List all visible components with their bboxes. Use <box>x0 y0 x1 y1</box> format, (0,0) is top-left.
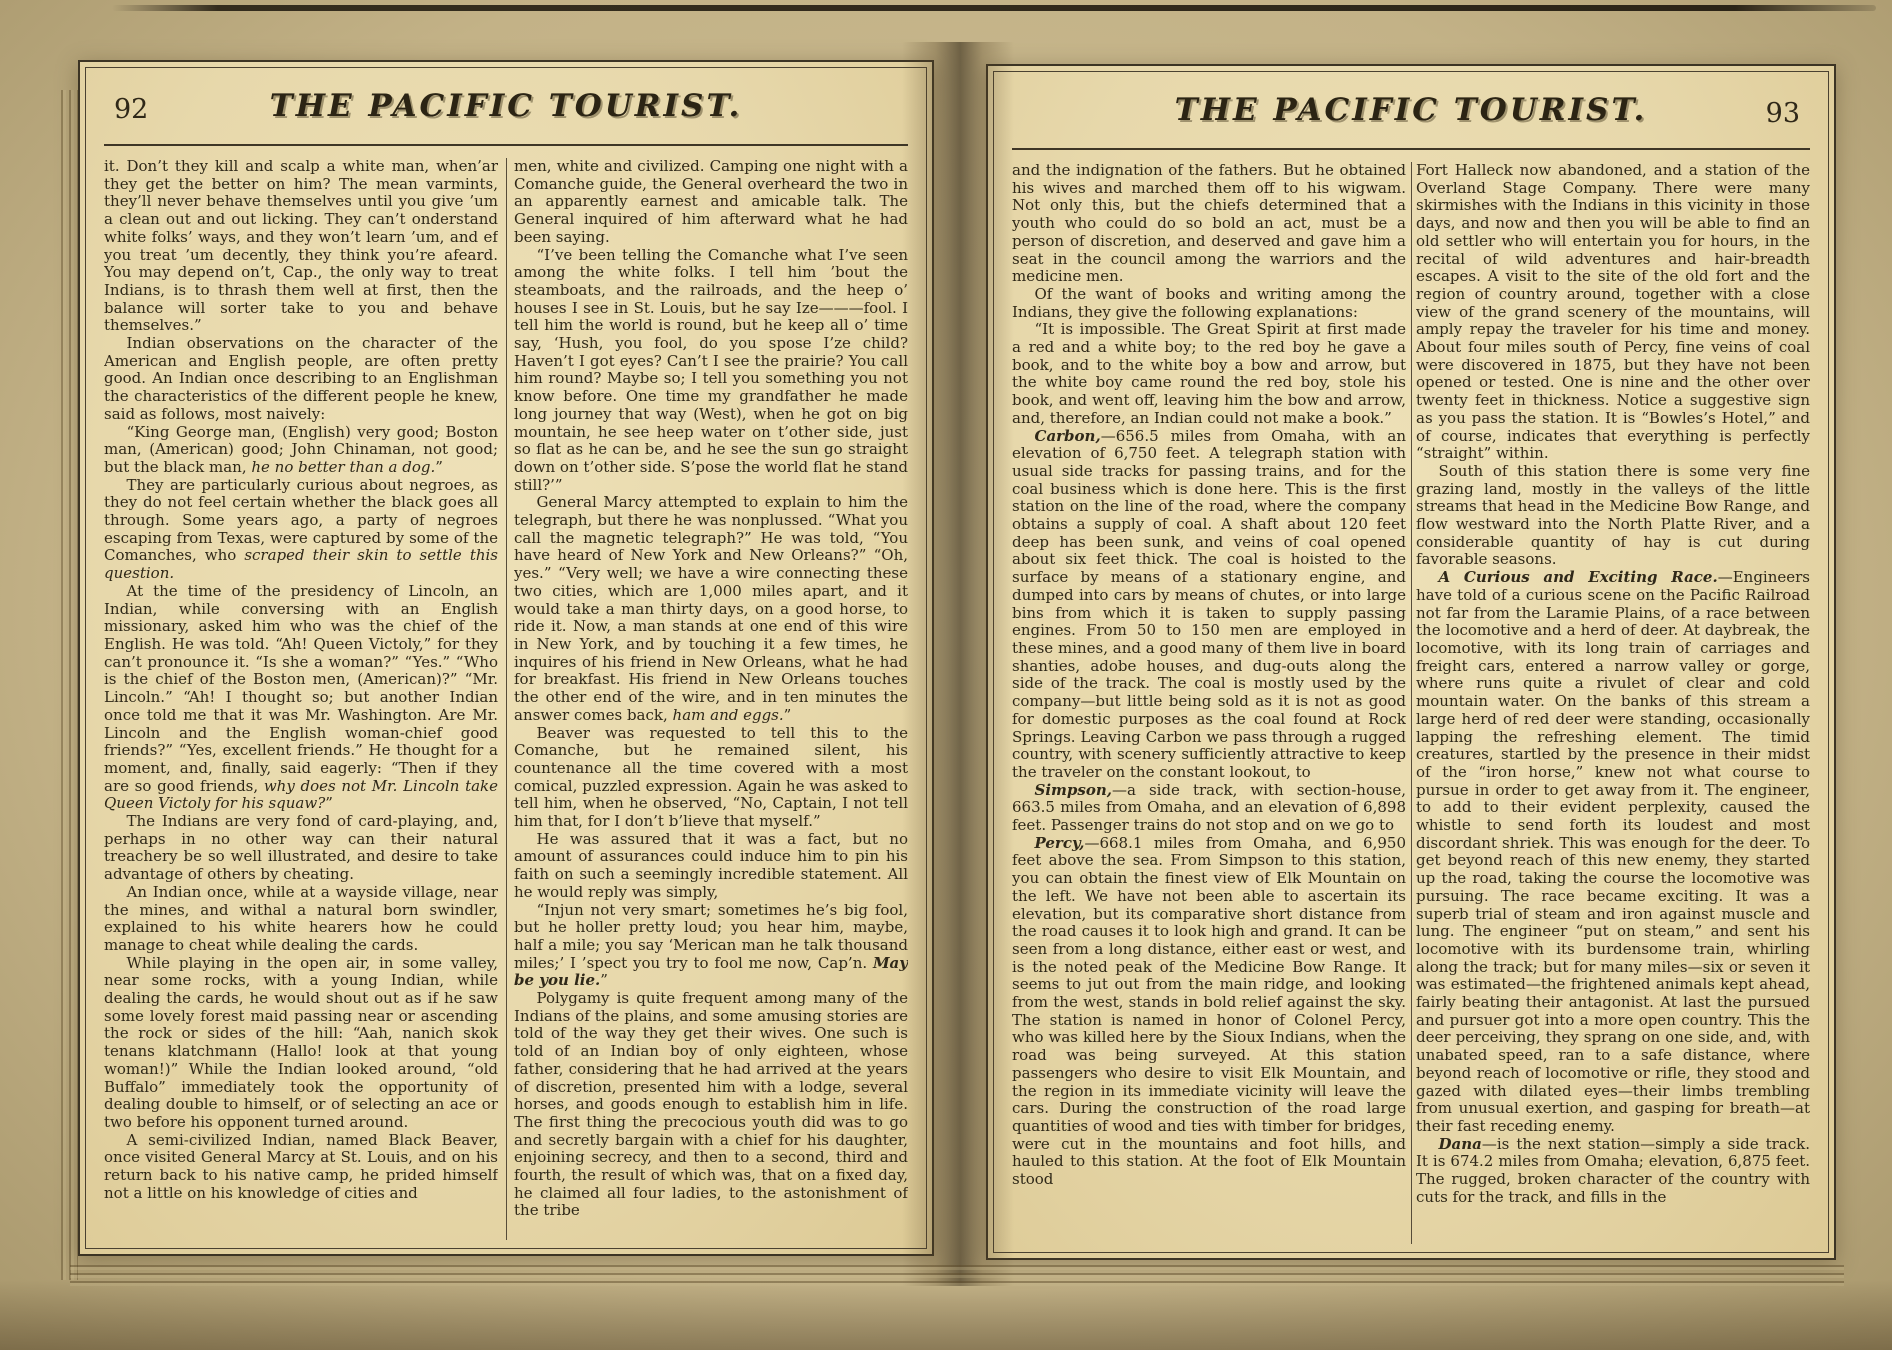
paragraph: “I’ve been telling the Comanche what I’v… <box>514 247 908 495</box>
page-93-columns: and the indignation of the fathers. But … <box>1012 162 1810 1244</box>
paragraph: “It is impossible. The Great Spirit at f… <box>1012 321 1406 427</box>
text-segment: Polygamy is quite frequent among many of… <box>514 989 908 1219</box>
text-segment: ham and eggs. <box>673 706 784 724</box>
page-number-93: 93 <box>1766 98 1800 129</box>
paragraph: Of the want of books and writing among t… <box>1012 286 1406 321</box>
page-92: 92 THE PACIFIC TOURIST. it. Don’t they k… <box>78 60 934 1256</box>
text-segment: Carbon, <box>1035 427 1101 445</box>
page-93-header-rule <box>1012 148 1810 150</box>
page-92-column-divider <box>506 158 507 1240</box>
paragraph: “Injun not very smart; sometimes he’s bi… <box>514 902 908 991</box>
page-93: THE PACIFIC TOURIST. 93 and the indignat… <box>986 64 1836 1260</box>
book-top-edge <box>112 5 1876 11</box>
text-segment: ” <box>435 458 443 476</box>
page-93-column-1: and the indignation of the fathers. But … <box>1012 162 1406 1244</box>
paragraph: Percy,—668.1 miles from Omaha, and 6,950… <box>1012 835 1406 1189</box>
paragraph: Indian observations on the character of … <box>104 335 498 424</box>
text-segment: ” <box>784 706 792 724</box>
page-92-column-2: men, white and civilized. Camping one ni… <box>514 158 908 1240</box>
page-92-columns: it. Don’t they kill and scalp a white ma… <box>104 158 908 1240</box>
running-title-right: THE PACIFIC TOURIST. <box>1012 92 1810 128</box>
text-segment: Beaver was requested to tell this to the… <box>514 724 908 831</box>
paragraph: South of this station there is some very… <box>1416 463 1810 569</box>
text-segment: ” <box>325 794 333 812</box>
text-segment: An Indian once, while at a wayside villa… <box>104 883 498 954</box>
text-segment: he no better than a dog. <box>251 458 435 476</box>
paragraph: General Marcy attempted to explain to hi… <box>514 494 908 724</box>
text-segment: and the indignation of the fathers. But … <box>1012 162 1406 285</box>
paragraph: Dana—is the next station—simply a side t… <box>1416 1136 1810 1207</box>
paragraph: They are particularly curious about negr… <box>104 477 498 583</box>
page-93-column-2: Fort Halleck now abandoned, and a statio… <box>1416 162 1810 1244</box>
text-segment: Fort Halleck now abandoned, and a statio… <box>1416 162 1810 462</box>
text-segment: While playing in the open air, in some v… <box>104 954 498 1131</box>
text-segment: General Marcy attempted to explain to hi… <box>514 493 908 723</box>
text-segment: “I’ve been telling the Comanche what I’v… <box>514 246 908 494</box>
page-stack-left-edges <box>58 90 78 1280</box>
text-segment: Dana <box>1439 1135 1482 1153</box>
text-segment: Indian observations on the character of … <box>104 334 498 423</box>
text-segment: “It is impossible. The Great Spirit at f… <box>1012 320 1406 427</box>
paragraph: and the indignation of the fathers. But … <box>1012 162 1406 286</box>
paragraph: Carbon,—656.5 miles from Omaha, with an … <box>1012 428 1406 782</box>
text-segment: ” <box>600 971 608 989</box>
paragraph: “King George man, (English) very good; B… <box>104 424 498 477</box>
paragraph: The Indians are very fond of card-playin… <box>104 813 498 884</box>
paragraph: At the time of the presidency of Lincoln… <box>104 583 498 813</box>
text-segment: Of the want of books and writing among t… <box>1012 285 1406 321</box>
running-title-left: THE PACIFIC TOURIST. <box>104 88 908 124</box>
page-93-column-divider <box>1411 162 1412 1244</box>
page-92-column-1: it. Don’t they kill and scalp a white ma… <box>104 158 498 1240</box>
paragraph: Fort Halleck now abandoned, and a statio… <box>1416 162 1810 463</box>
page-93-header: THE PACIFIC TOURIST. 93 <box>1012 90 1810 138</box>
paragraph: A semi-civilized Indian, named Black Bea… <box>104 1132 498 1203</box>
page-stack-bottom-edges <box>70 1262 1844 1288</box>
paragraph: Simpson,—a side track, with section-hous… <box>1012 782 1406 835</box>
paragraph: Polygamy is quite frequent among many of… <box>514 990 908 1220</box>
text-segment: A Curious and Exciting Race. <box>1439 568 1718 586</box>
text-segment: He was assured that it was a fact, but n… <box>514 830 908 901</box>
text-segment: —656.5 miles from Omaha, with an elevati… <box>1012 427 1406 781</box>
book-scan-screenshot: { "colors": { "paper": "#e7d8ab", "ink":… <box>0 0 1892 1350</box>
text-segment: Percy, <box>1035 834 1085 852</box>
paragraph: An Indian once, while at a wayside villa… <box>104 884 498 955</box>
paragraph: it. Don’t they kill and scalp a white ma… <box>104 158 498 335</box>
text-segment: “Injun not very smart; sometimes he’s bi… <box>514 901 908 972</box>
paragraph: A Curious and Exciting Race.—Engineers h… <box>1416 569 1810 1136</box>
bottom-shadow <box>0 1280 1892 1350</box>
text-segment: A semi-civilized Indian, named Black Bea… <box>104 1131 498 1202</box>
text-segment: At the time of the presidency of Lincoln… <box>104 582 498 795</box>
text-segment: —Engineers have told of a curious scene … <box>1416 568 1810 1135</box>
text-segment: men, white and civilized. Camping one ni… <box>514 158 908 246</box>
text-segment: Simpson, <box>1035 781 1112 799</box>
page-92-header-rule <box>104 144 908 146</box>
text-segment: South of this station there is some very… <box>1416 462 1810 569</box>
text-segment: The Indians are very fond of card-playin… <box>104 812 498 883</box>
paragraph: While playing in the open air, in some v… <box>104 955 498 1132</box>
paragraph: Beaver was requested to tell this to the… <box>514 725 908 831</box>
text-segment: it. Don’t they kill and scalp a white ma… <box>104 158 498 334</box>
page-92-header: 92 THE PACIFIC TOURIST. <box>104 86 908 134</box>
text-segment: —668.1 miles from Omaha, and 6,950 feet … <box>1012 834 1406 1188</box>
paragraph: men, white and civilized. Camping one ni… <box>514 158 908 247</box>
paragraph: He was assured that it was a fact, but n… <box>514 831 908 902</box>
